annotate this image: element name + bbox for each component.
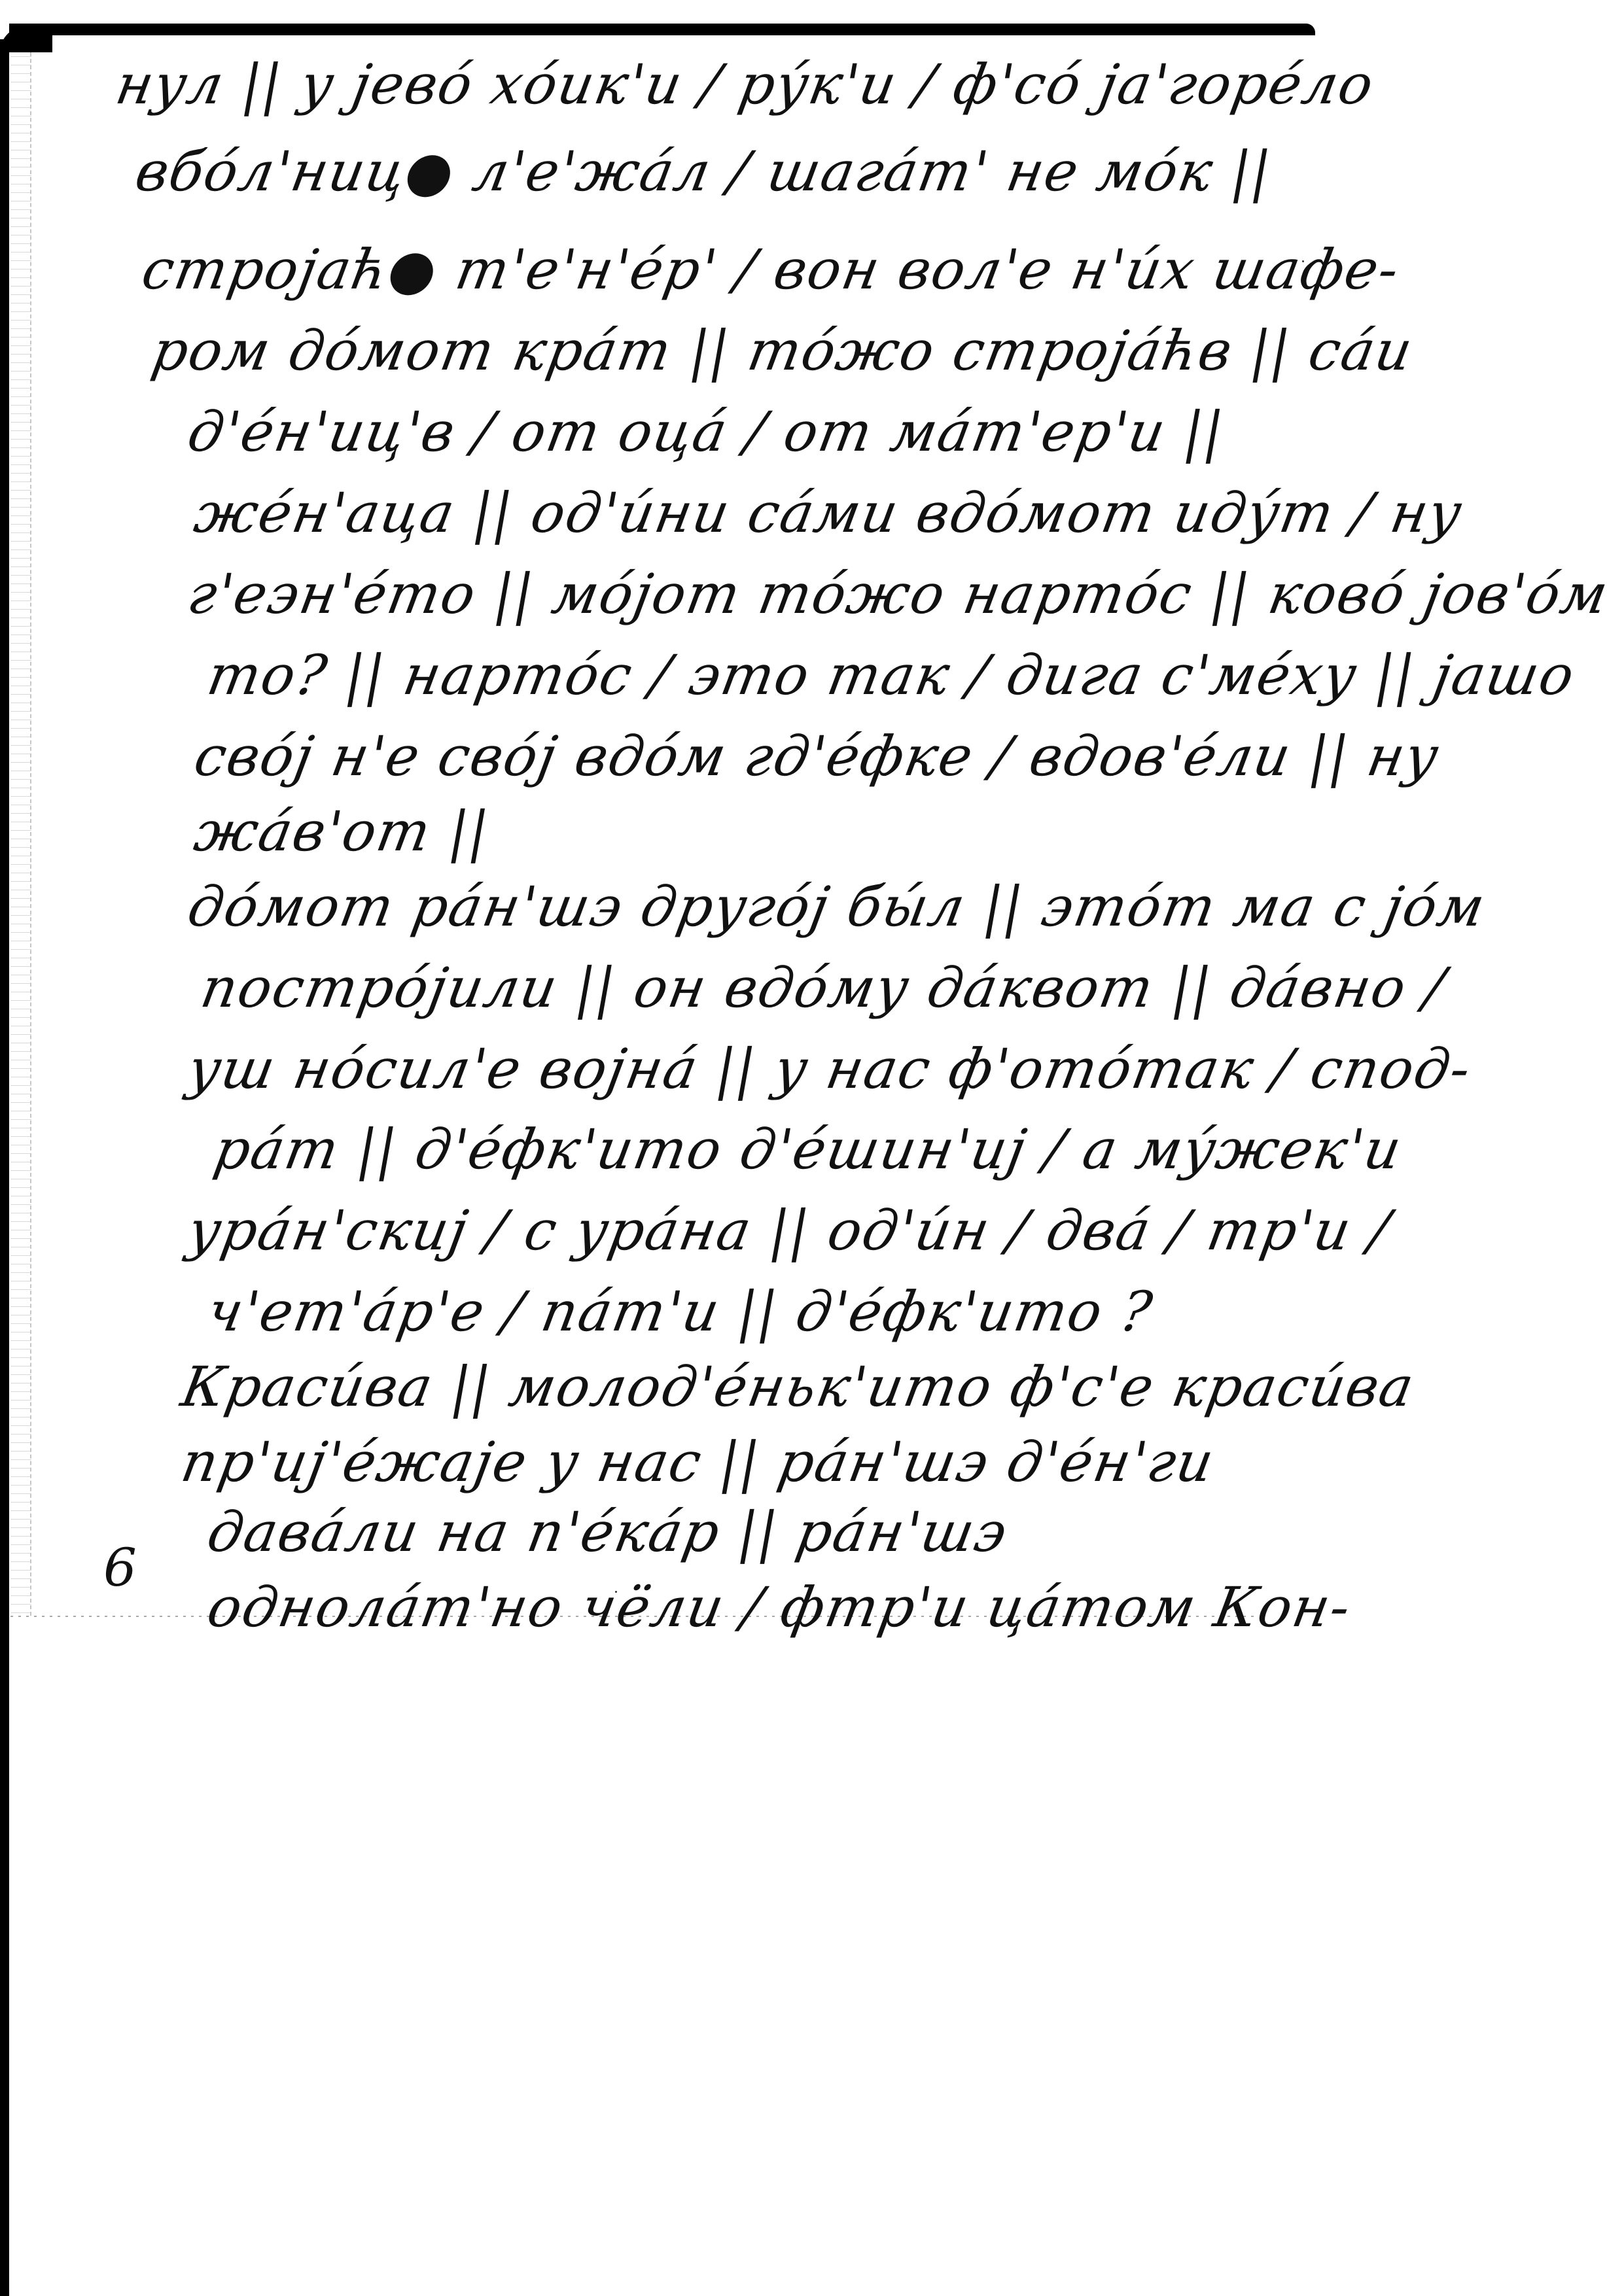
handwritten-line: ура́н'скиј / с ура́на || од'и́н / два́ /…	[183, 1198, 1396, 1262]
handwritten-line: ра́т || д'е́фк'ито д'е́шин'иј / а му́жек…	[209, 1117, 1407, 1181]
handwritten-line: до́мот ра́н'шэ друго́ј бы́л || это́т ма …	[183, 875, 1491, 939]
ink-speck	[615, 1591, 617, 1593]
handwritten-line: д'е́н'иц'в / от оца́ / от ма́т'ер'и ||	[183, 400, 1229, 464]
handwritten-line: дава́ли на п'е́ка́р || ра́н'шэ	[203, 1500, 1013, 1564]
handwritten-line: уш но́сил'е војна́ || у нас ф'ото́так / …	[183, 1037, 1476, 1101]
ink-speck	[1302, 260, 1304, 262]
handwritten-line: вбо́л'ниц● л'е'жа́л / шага́т' не мо́к ||	[131, 139, 1277, 203]
handwritten-line: однола́т'но чёли / фтр'и ца́том Кон-	[203, 1575, 1356, 1639]
handwritten-line: же́н'аца || од'и́ни са́ми вдо́мот иду́т …	[190, 481, 1468, 545]
handwritten-line: г'еэн'е́то || мо́јот то́жо нарто́с || ко…	[183, 562, 1607, 626]
scanned-page: нул || у јево́ хо́ик'и / ру́к'и / ф'со́ …	[0, 0, 1607, 2296]
handwritten-line: постро́јили || он вдо́му да́квот || да́в…	[196, 956, 1451, 1020]
handwritten-line: стројаћ● т'е'н'е́р' / вон вол'е н'и́х ша…	[137, 237, 1405, 302]
binding-gutter	[10, 52, 31, 1616]
handwritten-line: ром до́мот кра́т || то́жо строја́ћв || с…	[147, 319, 1418, 383]
handwritten-line: нул || у јево́ хо́ик'и / ру́к'и / ф'со́ …	[111, 52, 1379, 116]
page-number: 6	[103, 1537, 137, 1598]
ink-speck	[1322, 608, 1324, 610]
handwritten-line: сво́ј н'е сво́ј вдо́м гд'е́фке / вдов'е́…	[190, 724, 1445, 788]
scan-edge-top	[9, 24, 1315, 35]
scan-edge-left	[0, 39, 9, 2296]
handwritten-line: Краси́ва || молод'е́ньк'ито ф'с'е краси́…	[177, 1355, 1419, 1419]
handwritten-line: то? || нарто́с / это так / дига с'ме́ху …	[203, 643, 1580, 707]
handwritten-line: пр'иј'е́жаје у нас || ра́н'шэ д'е́н'ги	[177, 1430, 1220, 1494]
handwritten-line: ч'ет'а́р'е / па́т'и || д'е́фк'ито ?	[203, 1279, 1158, 1344]
handwritten-line: жа́в'от ||	[190, 799, 495, 863]
